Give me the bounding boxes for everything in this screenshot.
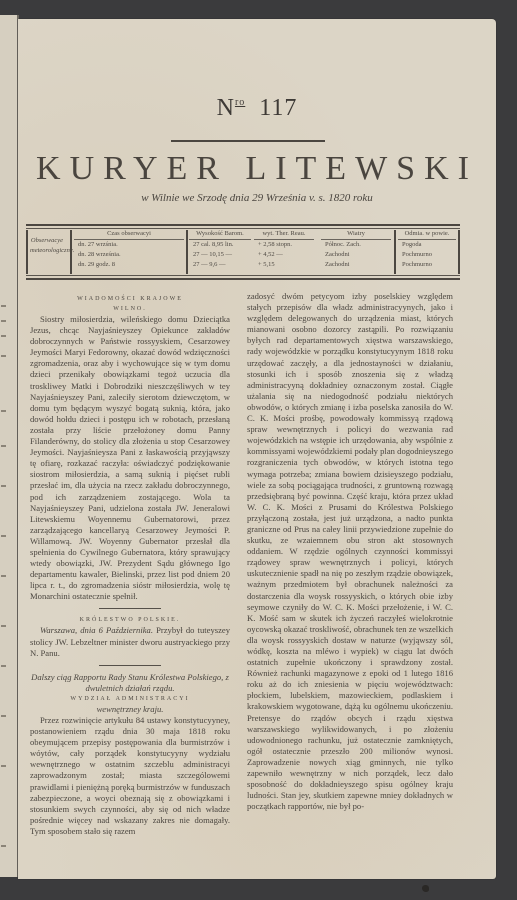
weather-col-header: Odmia. w powie. bbox=[398, 230, 456, 240]
section-title: WIADOMOŚCI KRAJOWE bbox=[30, 294, 230, 304]
weather-col-conditions: Odmia. w powie. Pogoda Pochmurno Pochmur… bbox=[398, 230, 456, 274]
department-subtitle: wewnętrzney kraju. bbox=[30, 704, 230, 715]
weather-cell: 27 — 10,15 — bbox=[189, 250, 251, 260]
weather-cell: + 5,15 bbox=[254, 260, 314, 270]
issue-number-suffix: ro bbox=[235, 97, 245, 108]
weather-col-header: wyt. Ther. Reau. bbox=[254, 230, 314, 240]
issue-number-value: 117 bbox=[259, 95, 297, 121]
weather-col-thermometer: wyt. Ther. Reau. + 2,58 stopn. + 4,52 — … bbox=[254, 230, 314, 274]
article-place-date: Warszawa, dnia 6 Października. bbox=[40, 625, 153, 635]
weather-cell: 27 cal. 8,95 lin. bbox=[189, 240, 251, 250]
weather-cell: dn. 29 godz. 8 bbox=[74, 260, 184, 270]
article-paragraph: Siostry miłosierdzia, wileńskiego domu D… bbox=[30, 314, 230, 602]
article-paragraph: Przez rozwinięcie artykułu 84 ustawy kon… bbox=[30, 715, 230, 837]
section-title: KRÓLESTWO POLSKIE. bbox=[30, 615, 230, 625]
issue-number: Nro 117 bbox=[18, 95, 496, 122]
title-rule bbox=[171, 140, 325, 142]
weather-col-barometer: Wysokość Barom. 27 cal. 8,95 lin. 27 — 1… bbox=[189, 230, 251, 274]
weather-cell: Zachodni bbox=[321, 250, 391, 260]
continuation-intro: Dalszy ciąg Rapportu Rady Stanu Królestw… bbox=[30, 672, 230, 694]
newspaper-page: Nro 117 KURYER LITEWSKI w Wilnie we Srzo… bbox=[18, 19, 496, 879]
table-divider bbox=[458, 230, 460, 274]
weather-col-winds: Wiatry Północ. Zach. Zachodni Zachodni bbox=[321, 230, 391, 274]
weather-col-time: Czas obserwacyi dn. 27 wrzśnia. dn. 28 w… bbox=[74, 230, 184, 274]
weather-col-header: Wiatry bbox=[321, 230, 391, 240]
section-rule bbox=[99, 608, 161, 609]
table-divider bbox=[394, 230, 396, 274]
weather-cell: Zachodni bbox=[321, 260, 391, 270]
weather-cell: 27 — 9,6 — bbox=[189, 260, 251, 270]
right-column: zadosyć dwóm petycyom izby poselskiey wz… bbox=[247, 291, 453, 812]
left-column: WIADOMOŚCI KRAJOWE WILNO. Siostry miłosi… bbox=[30, 294, 230, 837]
article-paragraph: zadosyć dwóm petycyom izby poselskiey wz… bbox=[247, 291, 453, 812]
section-rule bbox=[99, 665, 161, 666]
weather-cell: Pochmurno bbox=[398, 260, 456, 270]
department-title: WYDZIAŁ ADMINISTRACYI bbox=[30, 694, 230, 704]
table-rule bbox=[26, 275, 460, 276]
weather-cell: dn. 27 wrzśnia. bbox=[74, 240, 184, 250]
weather-side-label: Obserwacye meteorologiczne. bbox=[30, 230, 64, 274]
weather-cell: dn. 28 września. bbox=[74, 250, 184, 260]
weather-table: Obserwacye meteorologiczne. Czas obserwa… bbox=[26, 224, 460, 280]
previous-page-edge bbox=[0, 15, 19, 877]
city-heading: WILNO. bbox=[30, 304, 230, 314]
ink-blot bbox=[422, 885, 429, 892]
table-divider bbox=[186, 230, 188, 274]
masthead-title: KURYER LITEWSKI bbox=[18, 151, 496, 187]
table-divider bbox=[26, 230, 28, 274]
weather-cell: Północ. Zach. bbox=[321, 240, 391, 250]
weather-cell: + 4,52 — bbox=[254, 250, 314, 260]
table-divider bbox=[70, 230, 72, 274]
weather-cell: + 2,58 stopn. bbox=[254, 240, 314, 250]
weather-cell: Pochmurno bbox=[398, 250, 456, 260]
issue-number-prefix: N bbox=[217, 95, 235, 121]
dateline: w Wilnie we Srzodę dnia 29 Września v. s… bbox=[18, 192, 496, 204]
table-rule bbox=[26, 228, 460, 229]
weather-cell: Pogoda bbox=[398, 240, 456, 250]
weather-col-header: Wysokość Barom. bbox=[189, 230, 251, 240]
weather-col-header: Czas obserwacyi bbox=[74, 230, 184, 240]
